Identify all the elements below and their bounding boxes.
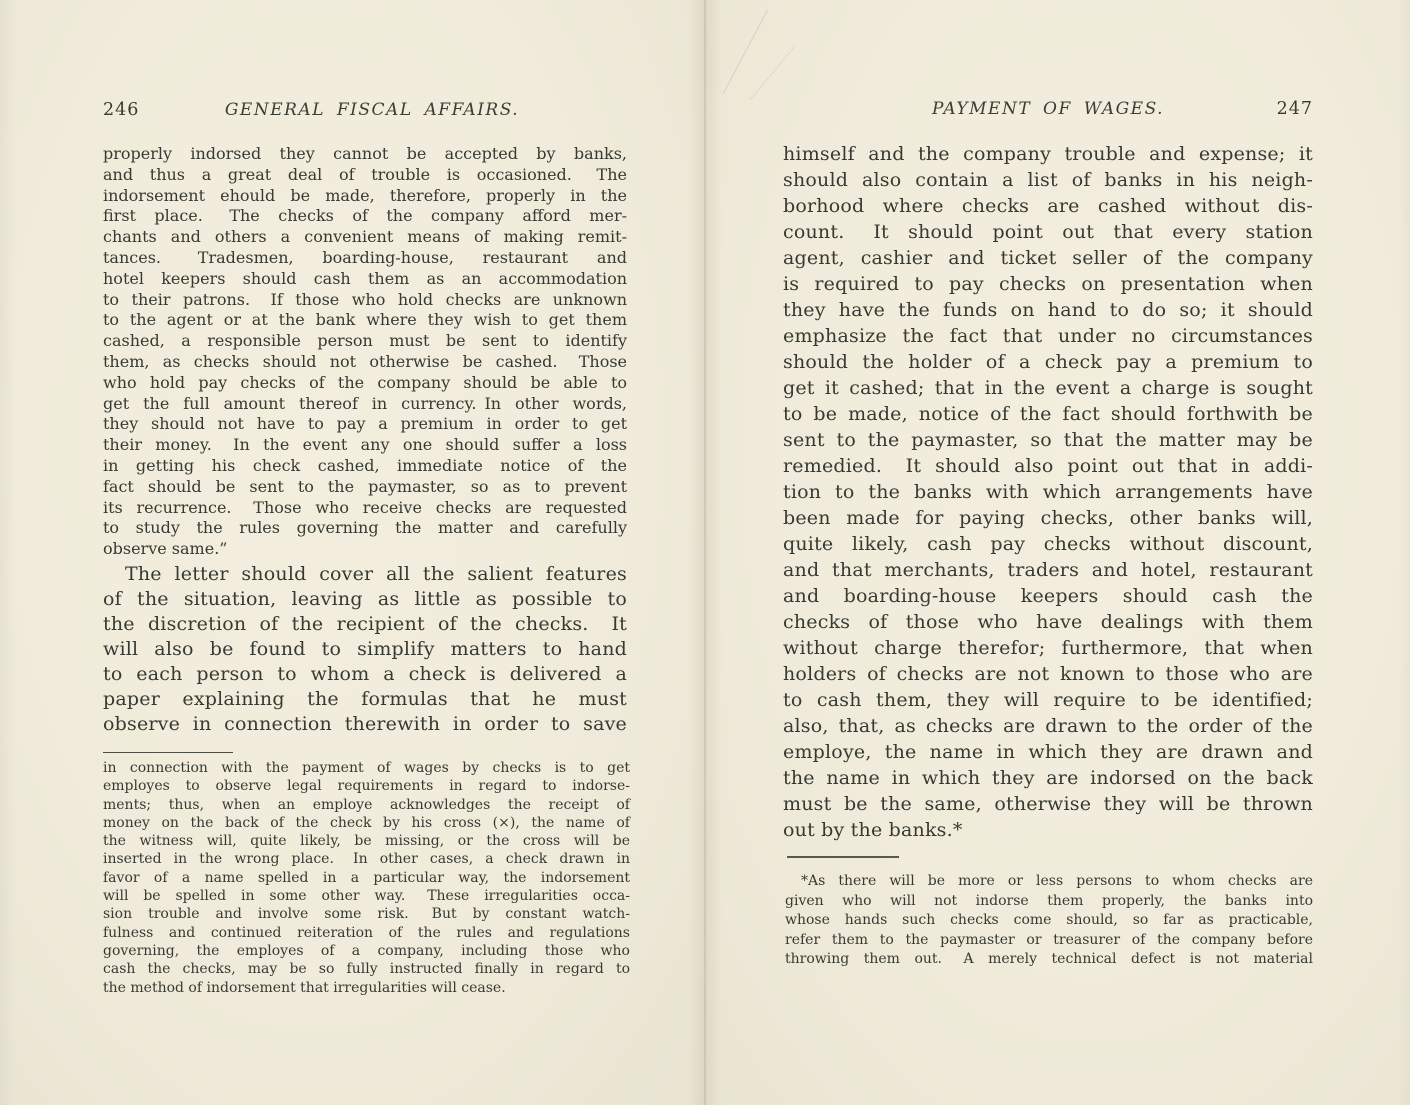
right-body-paragraph: himself and the company trouble and expe… [783,141,1313,843]
text-line: indorsement ehould be made, therefore, p… [103,186,627,207]
text-line: paper explaining the formulas that he mu… [103,687,627,712]
text-line: the name in which they are indorsed on t… [783,765,1313,791]
text-line: count. It should point out that every st… [783,219,1313,245]
right-running-header: PAYMENT OF WAGES. [783,99,1313,119]
text-line: remedied. It should also point out that … [783,453,1313,479]
text-line: and that merchants, traders and hotel, r… [783,557,1313,583]
text-line: get it cashed; that in the event a charg… [783,375,1313,401]
text-line: and thus a great deal of trouble is occa… [103,165,627,186]
text-line: himself and the company trouble and expe… [783,141,1313,167]
text-line: of the situation, leaving as little as p… [103,587,627,612]
text-line: tion to the banks with which arrangement… [783,479,1313,505]
text-line: will be spelled in some other way. These… [103,887,630,905]
text-line: ments; thus, when an employe acknowledge… [103,796,630,814]
text-line: the method of indorsement that irregular… [103,979,630,997]
page-left: 246 GENERAL FISCAL AFFAIRS. properly ind… [0,0,705,1105]
text-line: given who will not indorse them properly… [785,892,1313,912]
text-line: they have the funds on hand to do so; it… [783,297,1313,323]
left-footnote: in connection with the payment of wages … [103,759,630,997]
text-line: observe in connection therewith in order… [103,712,627,737]
text-line: will also be found to simplify matters t… [103,637,627,662]
text-line: who hold pay checks of the company shoul… [103,373,627,394]
text-line: holders of checks are not known to those… [783,661,1313,687]
text-line: refer them to the paymaster or treasurer… [785,931,1313,951]
text-line: must be the same, otherwise they will be… [783,791,1313,817]
text-line: The letter should cover all the salient … [103,562,627,587]
text-line: in getting his check cashed, immediate n… [103,456,627,477]
text-line: fulness and continued reiteration of the… [103,924,630,942]
text-line: inserted in the wrong place. In other ca… [103,850,630,868]
text-line: the witness will, quite likely, be missi… [103,832,630,850]
text-line: checks of those who have dealings with t… [783,609,1313,635]
left-running-header-row: 246 GENERAL FISCAL AFFAIRS. [103,100,627,124]
text-line: properly indorsed they cannot be accepte… [103,144,627,165]
text-line: employe, the name in which they are draw… [783,739,1313,765]
text-line: *As there will be more or less persons t… [785,872,1313,892]
text-line: cashed, a responsible person must be sen… [103,331,627,352]
text-line: to study the rules governing the matter … [103,518,627,539]
text-line: and boarding-house keepers should cash t… [783,583,1313,609]
text-line: to cash them, they will require to be id… [783,687,1313,713]
text-line: borhood where checks are cashed without … [783,193,1313,219]
left-running-header: GENERAL FISCAL AFFAIRS. [103,100,627,120]
text-line: should also contain a list of banks in h… [783,167,1313,193]
text-line: out by the banks.* [783,817,1313,843]
text-line: get the full amount thereof in currency.… [103,394,627,415]
text-line: sion trouble and involve some risk. But … [103,905,630,923]
left-body-paragraph: The letter should cover all the salient … [103,562,627,737]
text-line: money on the back of the check by his cr… [103,814,630,832]
text-line: their money. In the event any one should… [103,435,627,456]
text-line: in connection with the payment of wages … [103,759,630,777]
text-line: to each person to whom a check is delive… [103,662,627,687]
left-footnote-rule [103,752,233,753]
text-line: tances. Tradesmen, boarding-house, resta… [103,248,627,269]
text-line: its recurrence. Those who receive checks… [103,498,627,519]
book-spread: 246 GENERAL FISCAL AFFAIRS. properly ind… [0,0,1410,1105]
text-line: hotel keepers should cash them as an acc… [103,269,627,290]
text-line: the discretion of the recipient of the c… [103,612,627,637]
text-line: employes to observe legal requirements i… [103,777,630,795]
left-quote-paragraph: properly indorsed they cannot be accepte… [103,144,627,560]
right-footnote-rule [787,856,899,858]
text-line: cash the checks, may be so fully instruc… [103,960,630,978]
right-footnote: *As there will be more or less persons t… [785,872,1313,970]
text-line: throwing them out. A merely technical de… [785,950,1313,970]
text-line: quite likely, cash pay checks without di… [783,531,1313,557]
text-line: also, that, as checks are drawn to the o… [783,713,1313,739]
text-line: to their patrons. If those who hold chec… [103,290,627,311]
text-line: they should not have to pay a premium in… [103,414,627,435]
text-line: fact should be sent to the paymaster, so… [103,477,627,498]
text-line: is required to pay checks on presentatio… [783,271,1313,297]
text-line: sent to the paymaster, so that the matte… [783,427,1313,453]
text-line: should the holder of a check pay a premi… [783,349,1313,375]
text-line: to be made, notice of the fact should fo… [783,401,1313,427]
text-line: agent, cashier and ticket seller of the … [783,245,1313,271]
text-line: first place. The checks of the company a… [103,206,627,227]
text-line: to the agent or at the bank where they w… [103,310,627,331]
right-running-header-row: PAYMENT OF WAGES. 247 [783,99,1313,123]
text-line: emphasize the fact that under no circums… [783,323,1313,349]
text-line: governing, the employes of a company, in… [103,942,630,960]
text-line: whose hands such checks come should, so … [785,911,1313,931]
text-line: without charge therefor; furthermore, th… [783,635,1313,661]
text-line: been made for paying checks, other banks… [783,505,1313,531]
right-page-number: 247 [1277,99,1313,119]
text-line: favor of a name spelled in a particular … [103,869,630,887]
text-line: chants and others a convenient means of … [103,227,627,248]
book-scan: { "colors": { "paper": "#f0ebda", "ink":… [0,0,1410,1105]
text-line: observe same.” [103,539,627,560]
page-right: PAYMENT OF WAGES. 247 himself and the co… [705,0,1410,1105]
text-line: them, as checks should not otherwise be … [103,352,627,373]
